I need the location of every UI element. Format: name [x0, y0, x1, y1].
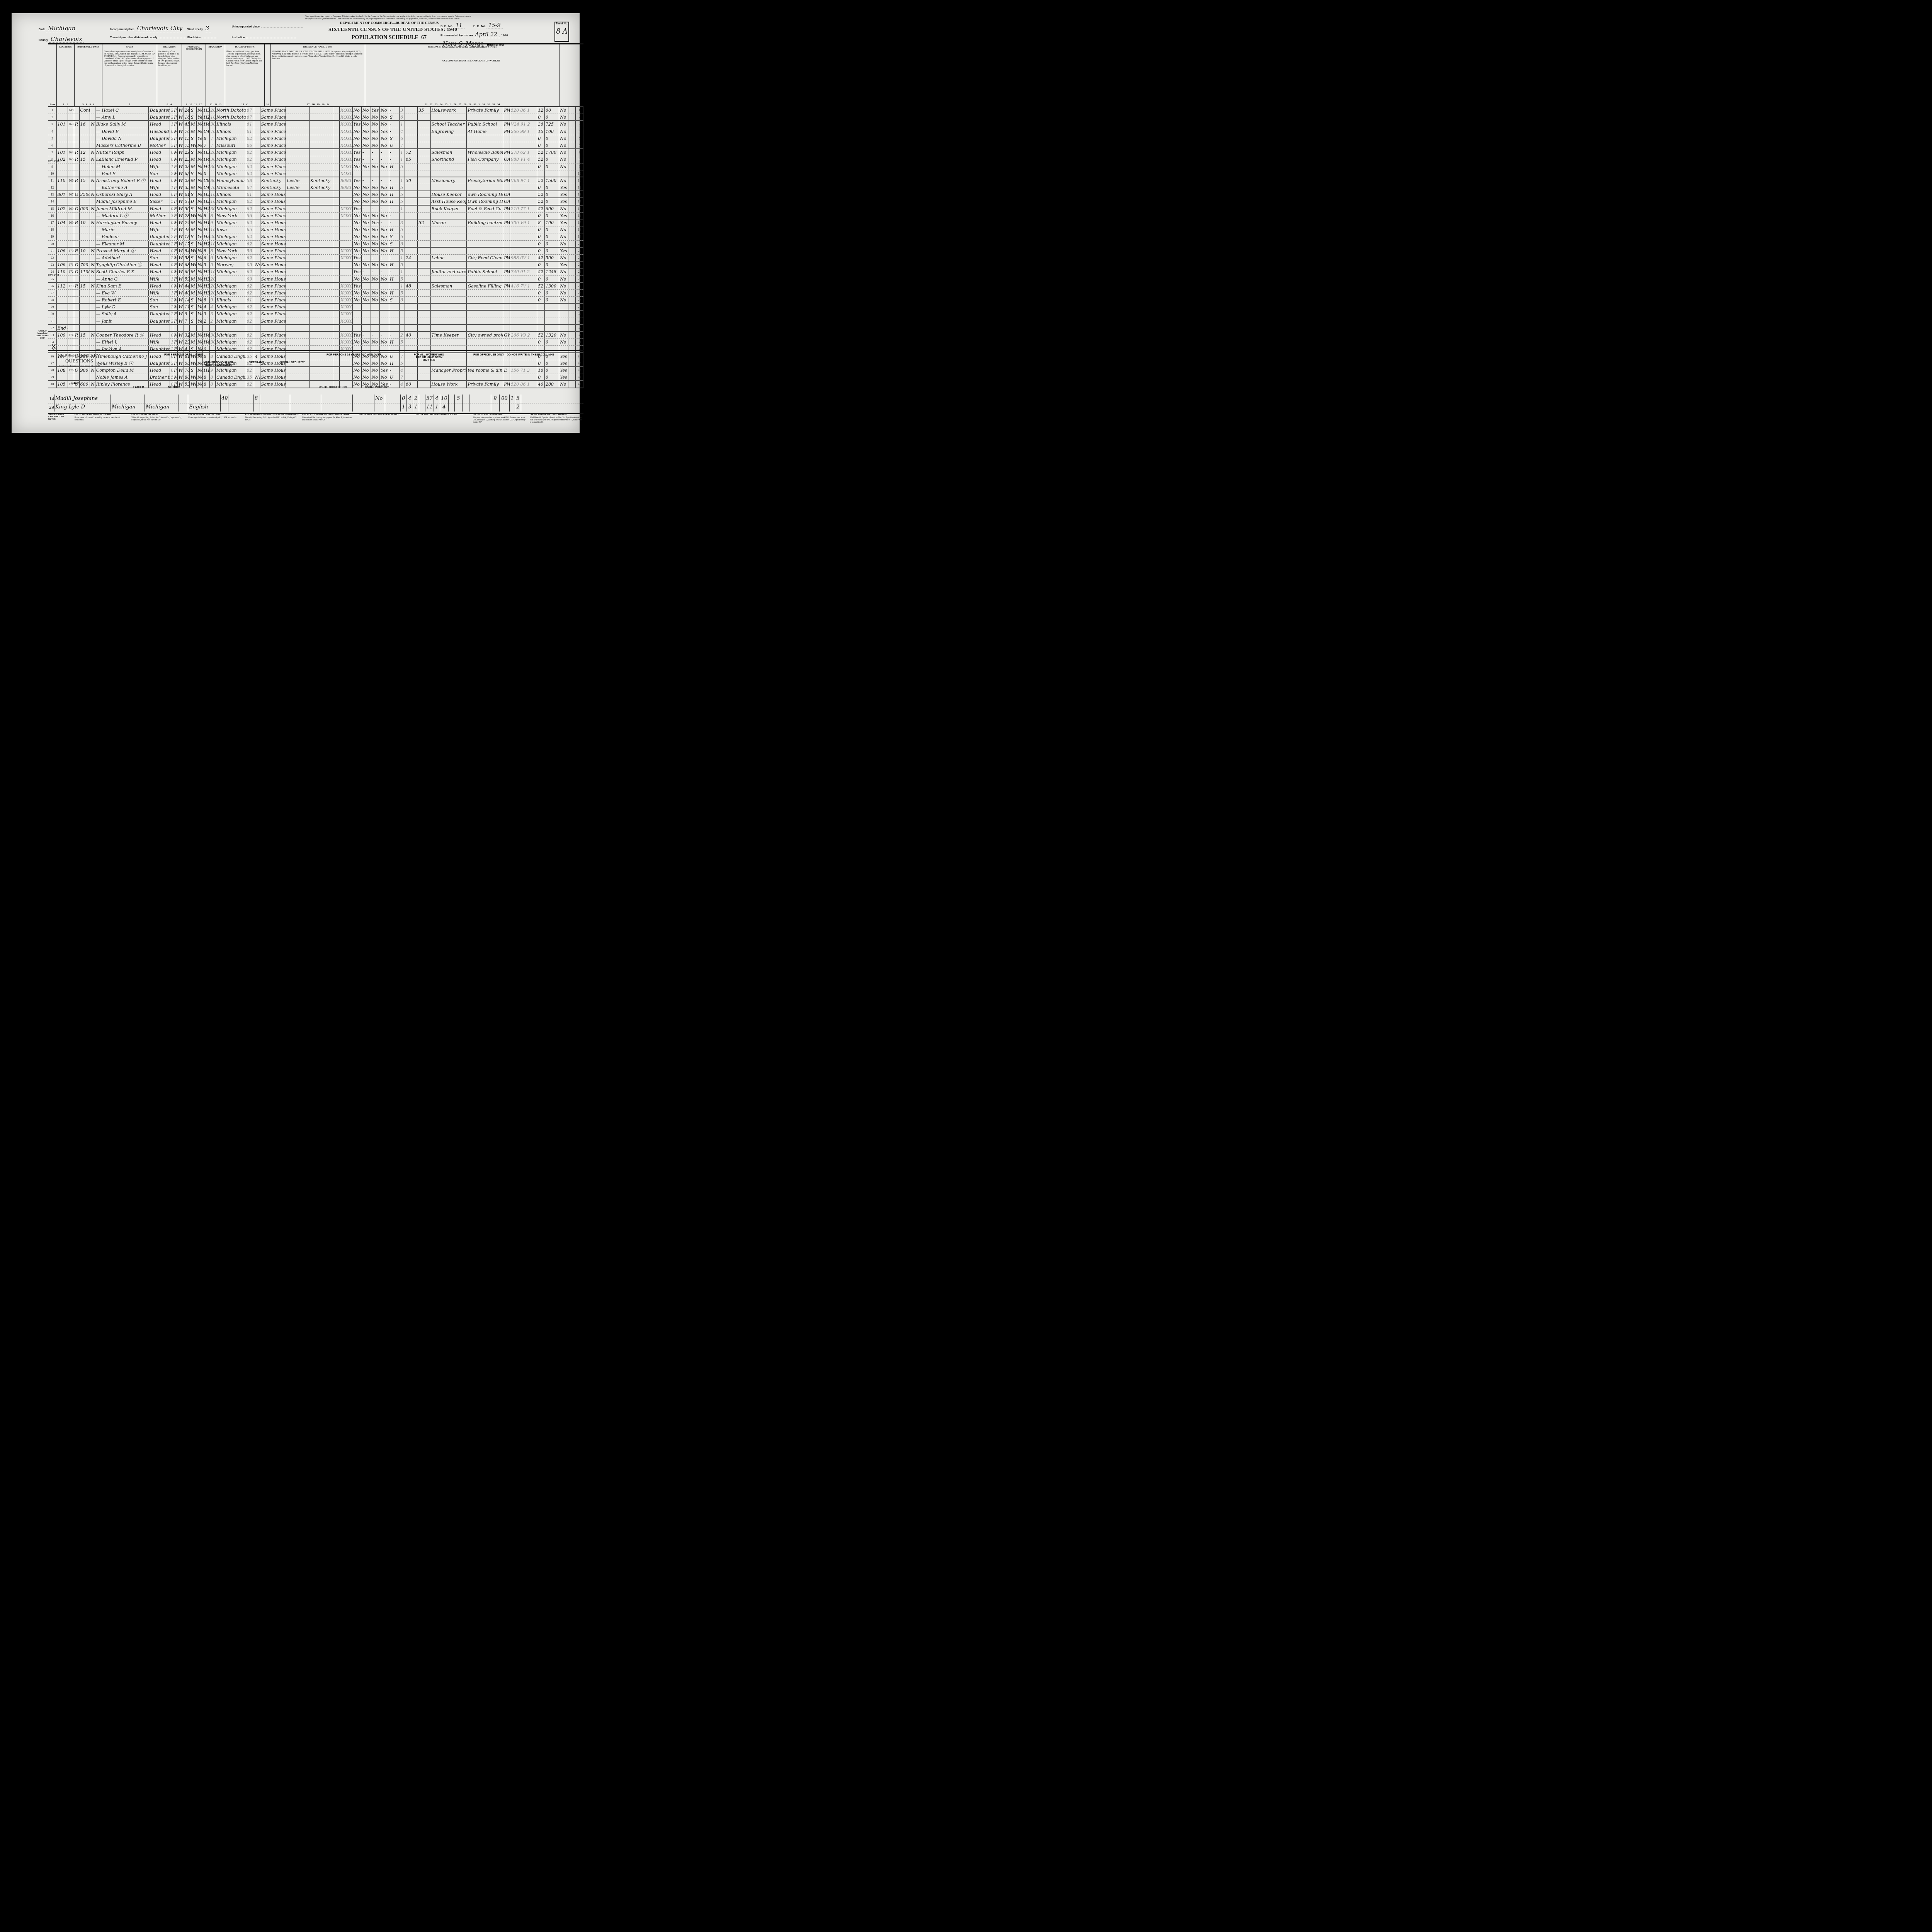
cell-c27 — [418, 184, 430, 190]
cell-res20 — [333, 135, 340, 142]
cell-f — [510, 339, 537, 345]
cell-a: 1 — [170, 121, 173, 128]
cell-value — [80, 213, 90, 219]
cell-relation: Wife — [149, 184, 170, 190]
cell-f: 988 6V 1 — [510, 255, 537, 261]
cell-own: O — [74, 262, 80, 268]
cell-race: W — [178, 241, 184, 247]
cell-res19 — [310, 206, 333, 212]
cell-cit — [254, 241, 260, 247]
cell-race: W — [178, 206, 184, 212]
cell-e: 1 — [400, 177, 405, 184]
cell-c25: S — [389, 135, 400, 142]
cell-age: 7 — [184, 318, 190, 324]
cell-house: 148 — [68, 107, 74, 114]
cell-grade: H4 — [203, 121, 210, 128]
cell-age: 32 — [184, 332, 190, 338]
cell-res18 — [286, 163, 310, 170]
cell-c24: No — [380, 248, 389, 254]
table-row: 17104169R10NoHarrington BarneyHead0MW74M… — [48, 219, 583, 226]
cell-a: 1 — [170, 163, 173, 170]
cell-c: 61 — [246, 297, 255, 303]
cell-res19 — [310, 241, 333, 247]
cell-school: No — [197, 184, 203, 190]
col-group-relation: RELATIONRelationship of this person to t… — [157, 44, 182, 106]
cell-birthplace: Pennsylvania — [216, 177, 246, 184]
cell-e: 1 — [400, 283, 405, 289]
cell-b: 70 — [210, 128, 216, 135]
cell-c33: Yes — [559, 191, 568, 197]
cell-c21: No — [353, 233, 362, 240]
cell-value: 1100 — [80, 269, 90, 275]
cell-c26 — [405, 163, 418, 170]
cell-own — [74, 318, 80, 324]
cell-c21: Yes — [353, 177, 362, 184]
cell-age: 16 — [184, 114, 190, 120]
cell-res17: Same House — [260, 241, 286, 247]
cell-d — [340, 262, 352, 268]
cell-e — [400, 318, 405, 324]
cell-c31: 0 — [537, 276, 545, 282]
cell-res18 — [286, 248, 310, 254]
cell-c31: 52 — [537, 332, 545, 338]
cell-school: Yes — [197, 318, 203, 324]
cell-street — [57, 276, 68, 282]
cell-c33: No — [559, 142, 568, 148]
cell-f — [510, 213, 537, 219]
cell-c27 — [418, 177, 430, 184]
cell-marital: M — [190, 339, 197, 345]
cell-c25: S — [389, 241, 400, 247]
cell-c32: 1300 — [545, 283, 559, 289]
cell-c34 — [568, 177, 576, 184]
cell-c34 — [568, 107, 576, 114]
cell-f: 266 99 1 — [510, 128, 537, 135]
cell-name: Cooper Theodore R ⓧ — [95, 332, 149, 338]
cell-c27 — [418, 297, 430, 303]
cell-res18 — [286, 262, 310, 268]
cell-marital: S — [190, 191, 197, 197]
cell-c34 — [568, 276, 576, 282]
cell-c24: No — [380, 233, 389, 240]
cell-c26 — [405, 219, 418, 226]
cell-own — [74, 290, 80, 296]
cell-c23: - — [371, 255, 380, 261]
cell-name: — Anna G. — [95, 276, 149, 282]
cell-b: 20 — [210, 290, 216, 296]
cell-c34 — [568, 184, 576, 190]
cell-farm — [90, 290, 95, 296]
cell-name: Armstrong Robert R ⓧ — [95, 177, 149, 184]
cell-c21: Yes — [353, 206, 362, 212]
cell-c31: 0 — [537, 233, 545, 240]
cell-res20 — [333, 297, 340, 303]
cell-cw — [503, 325, 510, 331]
cell-name: Provost Mary A ⓧ — [95, 248, 149, 254]
col-group-employment: PERSONS 14 YEARS OLD AND OVER—EMPLOYMENT… — [365, 44, 560, 106]
cell-res19 — [310, 156, 333, 163]
cell-sex: F — [173, 339, 178, 345]
cell-farm: No — [90, 283, 95, 289]
cell-c23 — [371, 325, 380, 331]
cell-c34 — [568, 142, 576, 148]
cell-farm: No — [90, 206, 95, 212]
cell-school: No — [197, 149, 203, 156]
cell-c25: H — [389, 248, 400, 254]
cell-c31 — [537, 318, 545, 324]
cell-industry — [467, 226, 503, 233]
cell-c31: 0 — [537, 135, 545, 142]
cell-c27 — [418, 170, 430, 177]
cell-own — [74, 142, 80, 148]
cell-cw — [503, 276, 510, 282]
cell-relation: Daughter — [149, 233, 170, 240]
col-group-household: HOUSEHOLD DATA3 · 4 · 5 · 6 — [75, 44, 102, 106]
cell-value: 15 — [80, 177, 90, 184]
cell-res17: Same House — [260, 262, 286, 268]
cell-res20 — [333, 269, 340, 275]
cell-res19 — [310, 297, 333, 303]
cell-c25: S — [389, 297, 400, 303]
cell-value: 15 — [80, 283, 90, 289]
cell-c: 62 — [246, 219, 255, 226]
cell-cit — [254, 311, 260, 317]
cell-age: 14 — [184, 297, 190, 303]
cell-c25 — [389, 170, 400, 177]
cell-c34 — [568, 121, 576, 128]
cell-c26: 72 — [405, 149, 418, 156]
section-14-over: FOR PERSONS 14 YEARS OLD AND OVER — [327, 354, 381, 356]
cell-age: 74 — [184, 219, 190, 226]
cell-res18 — [286, 198, 310, 204]
cell-res17: Same Place — [260, 128, 286, 135]
col-usual-occupation: USUAL OCCUPATION — [319, 386, 347, 389]
cell-c26: 30 — [405, 177, 418, 184]
cell-res18 — [286, 311, 310, 317]
cell-race: W — [178, 339, 184, 345]
cell-b: 30 — [210, 206, 216, 212]
cell-c21: No — [353, 248, 362, 254]
cell-line: 12 — [48, 184, 57, 190]
cell-f — [510, 226, 537, 233]
cell-c25: - — [389, 219, 400, 226]
cell-res17: Same Place — [260, 156, 286, 163]
cell-res19 — [310, 198, 333, 204]
cell-c23 — [371, 170, 380, 177]
cell-c33: No — [559, 255, 568, 261]
cell-c31: 0 — [537, 184, 545, 190]
cell-c23: No — [371, 241, 380, 247]
cell-d: XOXO — [340, 248, 352, 254]
cell-c33: No — [559, 177, 568, 184]
cell-occupation — [431, 276, 467, 282]
cell-res19 — [310, 339, 333, 345]
cell-farm: No — [90, 177, 95, 184]
cell-house — [68, 318, 74, 324]
cell-age: 49 — [184, 226, 190, 233]
cell-occupation — [431, 233, 467, 240]
cell-sex: M — [173, 332, 178, 338]
cell-grade: C4 — [203, 184, 210, 190]
cell-school: No — [197, 198, 203, 204]
cell-c25: H — [389, 290, 400, 296]
cell-farm — [90, 241, 95, 247]
cell-value — [80, 128, 90, 135]
col-group-birth: PLACE OF BIRTHIf born in the United Stat… — [225, 44, 265, 106]
confidentiality-notice: Your report is required by Act of Congre… — [305, 15, 475, 20]
cell-c34 — [568, 233, 576, 240]
cell-value: 700 — [80, 262, 90, 268]
cell-farm — [90, 128, 95, 135]
cell-relation: Mother — [149, 142, 170, 148]
cell-c26 — [405, 226, 418, 233]
cell-c34 — [568, 311, 576, 317]
cell-street — [57, 339, 68, 345]
cell-f — [510, 304, 537, 310]
cell-c25: - — [389, 107, 400, 114]
cell-c33 — [559, 311, 568, 317]
cell-c21: No — [353, 163, 362, 170]
cell-a: 0 — [170, 191, 173, 197]
cell-c24: No — [380, 198, 389, 204]
cell-race: W — [178, 219, 184, 226]
cell-b: 10 — [210, 114, 216, 120]
footer-note: Col. 21. WAS THIS PERSON AT WORK? — [359, 413, 413, 431]
cell-industry: Fish Company — [467, 156, 503, 163]
cell-c22: - — [362, 177, 371, 184]
cell-occupation: Salesman — [431, 283, 467, 289]
cell-c32 — [545, 170, 559, 177]
cell-house: 173 — [68, 283, 74, 289]
cell-res19 — [310, 191, 333, 197]
cell-occupation: Janitor and care taker — [431, 269, 467, 275]
table-row: 14Madill Josephine ESister5FW57DNoH210Mi… — [48, 198, 583, 205]
cell-c21: No — [353, 226, 362, 233]
cell-own: R — [74, 177, 80, 184]
cell-c31 — [537, 170, 545, 177]
cell-cit — [254, 304, 260, 310]
cell-house: 169 — [68, 219, 74, 226]
cell-c22: No — [362, 107, 371, 114]
cell-c34 — [568, 332, 576, 338]
cell-race: W — [178, 163, 184, 170]
cell-c33: No — [559, 339, 568, 345]
cell-c: 62 — [246, 311, 255, 317]
cell-line: 3 — [48, 121, 57, 128]
cell-occupation — [431, 318, 467, 324]
cell-industry — [467, 325, 503, 331]
cell-line: 34 — [576, 339, 583, 345]
cell-f: V24 91 2 — [510, 121, 537, 128]
cell-own — [74, 241, 80, 247]
cell-c32: 0 — [545, 191, 559, 197]
cell-house — [68, 290, 74, 296]
cell-marital: M — [190, 219, 197, 226]
cell-cw: OA — [503, 191, 510, 197]
cell-house — [68, 135, 74, 142]
cell-own — [74, 339, 80, 345]
cell-race: W — [178, 226, 184, 233]
cell-res19 — [310, 269, 333, 275]
cell-school: No — [197, 219, 203, 226]
cell-e: 6 — [400, 114, 405, 120]
cell-c: 64 — [246, 184, 255, 190]
cell-c34 — [568, 255, 576, 261]
cell-res19 — [310, 170, 333, 177]
col-mother: MOTHER — [168, 386, 180, 389]
cell-res18 — [286, 206, 310, 212]
cell-school: No — [197, 339, 203, 345]
cell-a: 0 — [170, 206, 173, 212]
cell-school: No — [197, 290, 203, 296]
cell-house: 163 — [68, 121, 74, 128]
cell-age: 11 — [184, 304, 190, 310]
cell-f — [510, 135, 537, 142]
cell-value — [80, 114, 90, 120]
cell-name: — Madora L ⓧ — [95, 213, 149, 219]
cell-line: 4 — [576, 128, 583, 135]
cell-d: 8093 — [340, 177, 352, 184]
cell-line: 23 — [576, 262, 583, 268]
cell-c25: H — [389, 163, 400, 170]
cell-value — [80, 142, 90, 148]
cell-c34 — [568, 191, 576, 197]
cell-c24: - — [380, 177, 389, 184]
cell-c25: - — [389, 255, 400, 261]
cell-c22: - — [362, 283, 371, 289]
cell-cit — [254, 248, 260, 254]
cell-grade: H2 — [203, 269, 210, 275]
cell-e: 5 — [400, 226, 405, 233]
cell-sex: F — [173, 107, 178, 114]
cell-line: 12 — [576, 184, 583, 190]
cell-value — [80, 226, 90, 233]
cell-res20 — [333, 121, 340, 128]
cell-c27 — [418, 269, 430, 275]
cell-c: 62 — [246, 318, 255, 324]
table-row: 15102169O600NoJones Mildred M.Head0FW50S… — [48, 206, 583, 213]
cell-c22: No — [362, 184, 371, 190]
cell-c31: 52 — [537, 198, 545, 204]
cell-age: 23 — [184, 163, 190, 170]
cell-cw — [503, 241, 510, 247]
cell-house — [68, 170, 74, 177]
cell-b: 30 — [210, 332, 216, 338]
cell-c32 — [545, 325, 559, 331]
cell-res20 — [333, 276, 340, 282]
cell-c33: No — [559, 206, 568, 212]
supplementary-title: SUPPLEMENTARY QUESTIONS For Persons Enum… — [52, 353, 106, 369]
col-group-education: EDUCATION13 · 14 · B — [206, 44, 225, 106]
cell-cw: PW — [503, 107, 510, 114]
cell-a: 0 — [170, 283, 173, 289]
cell-c33 — [559, 304, 568, 310]
cell-c26 — [405, 142, 418, 148]
cell-c34 — [568, 325, 576, 331]
cell-industry: Wholesale Bakery — [467, 149, 503, 156]
cell-c27 — [418, 290, 430, 296]
cell-c25 — [389, 304, 400, 310]
cell-c31: 52 — [537, 206, 545, 212]
cell-house — [68, 213, 74, 219]
cell-c25 — [389, 311, 400, 317]
cell-c31: 0 — [537, 297, 545, 303]
cell-street: 102 — [57, 206, 68, 212]
cell-relation: Son — [149, 304, 170, 310]
cell-sex: F — [173, 163, 178, 170]
cell-race: W — [178, 276, 184, 282]
cell-sex: F — [173, 233, 178, 240]
cell-res17: Same Place — [260, 255, 286, 261]
cell-birthplace: Michigan — [216, 170, 246, 177]
cell-a: 2 — [170, 107, 173, 114]
cell-c33: Yes — [559, 219, 568, 226]
cell-c27 — [418, 191, 430, 197]
cell-house — [68, 325, 74, 331]
col-father: FATHER — [133, 386, 144, 389]
cell-industry — [467, 142, 503, 148]
cell-farm — [90, 318, 95, 324]
cell-own — [74, 128, 80, 135]
cell-c34 — [568, 283, 576, 289]
table-row: 16— Madora L ⓧMother3FW78WdNo88New York5… — [48, 213, 583, 219]
cell-marital: M — [190, 283, 197, 289]
cell-occupation — [431, 311, 467, 317]
footer-note: Col. 24. DID THIS PERSON HAVE A JOB? — [416, 413, 469, 431]
cell-c23: No — [371, 163, 380, 170]
cell-res20 — [333, 219, 340, 226]
cell-c34 — [568, 241, 576, 247]
cell-res19 — [310, 121, 333, 128]
cell-grade: H4 — [203, 156, 210, 163]
cell-d: XOXO — [340, 128, 352, 135]
cell-relation: Wife — [149, 339, 170, 345]
cell-marital: M — [190, 128, 197, 135]
cell-birthplace: Michigan — [216, 304, 246, 310]
cell-res17: Same Place — [260, 206, 286, 212]
cell-line: 18 — [576, 226, 583, 233]
cell-school: Yes — [197, 241, 203, 247]
cell-b: 9 — [210, 297, 216, 303]
cell-value: 16 — [80, 121, 90, 128]
cell-cit — [254, 206, 260, 212]
cell-e: 5 — [400, 184, 405, 190]
cell-c22: No — [362, 297, 371, 303]
cell-grade: 8 — [203, 248, 210, 254]
cell-c21: No — [353, 128, 362, 135]
cell-school: No — [197, 226, 203, 233]
cell-res17: Same Place — [260, 114, 286, 120]
cell-b: 10 — [210, 269, 216, 275]
cell-c26 — [405, 107, 418, 114]
unincorporated-place-field: Unincorporated place — [232, 25, 303, 29]
cell-c22: - — [362, 332, 371, 338]
cell-own: R — [74, 248, 80, 254]
cell-c27 — [418, 213, 430, 219]
cell-farm — [90, 213, 95, 219]
cell-res19 — [310, 128, 333, 135]
cell-relation: Sister — [149, 198, 170, 204]
cell-farm: No — [90, 149, 95, 156]
cell-own: O — [74, 269, 80, 275]
cell-a: 5 — [170, 198, 173, 204]
cell-f: 278 62 1 — [510, 149, 537, 156]
cell-sex: F — [173, 311, 178, 317]
table-row: 27— Eva WWife1FW40MNoH320Michigan62Same … — [48, 290, 583, 297]
cell-res20 — [333, 142, 340, 148]
cell-e: 5 — [400, 198, 405, 204]
cell-street — [57, 318, 68, 324]
